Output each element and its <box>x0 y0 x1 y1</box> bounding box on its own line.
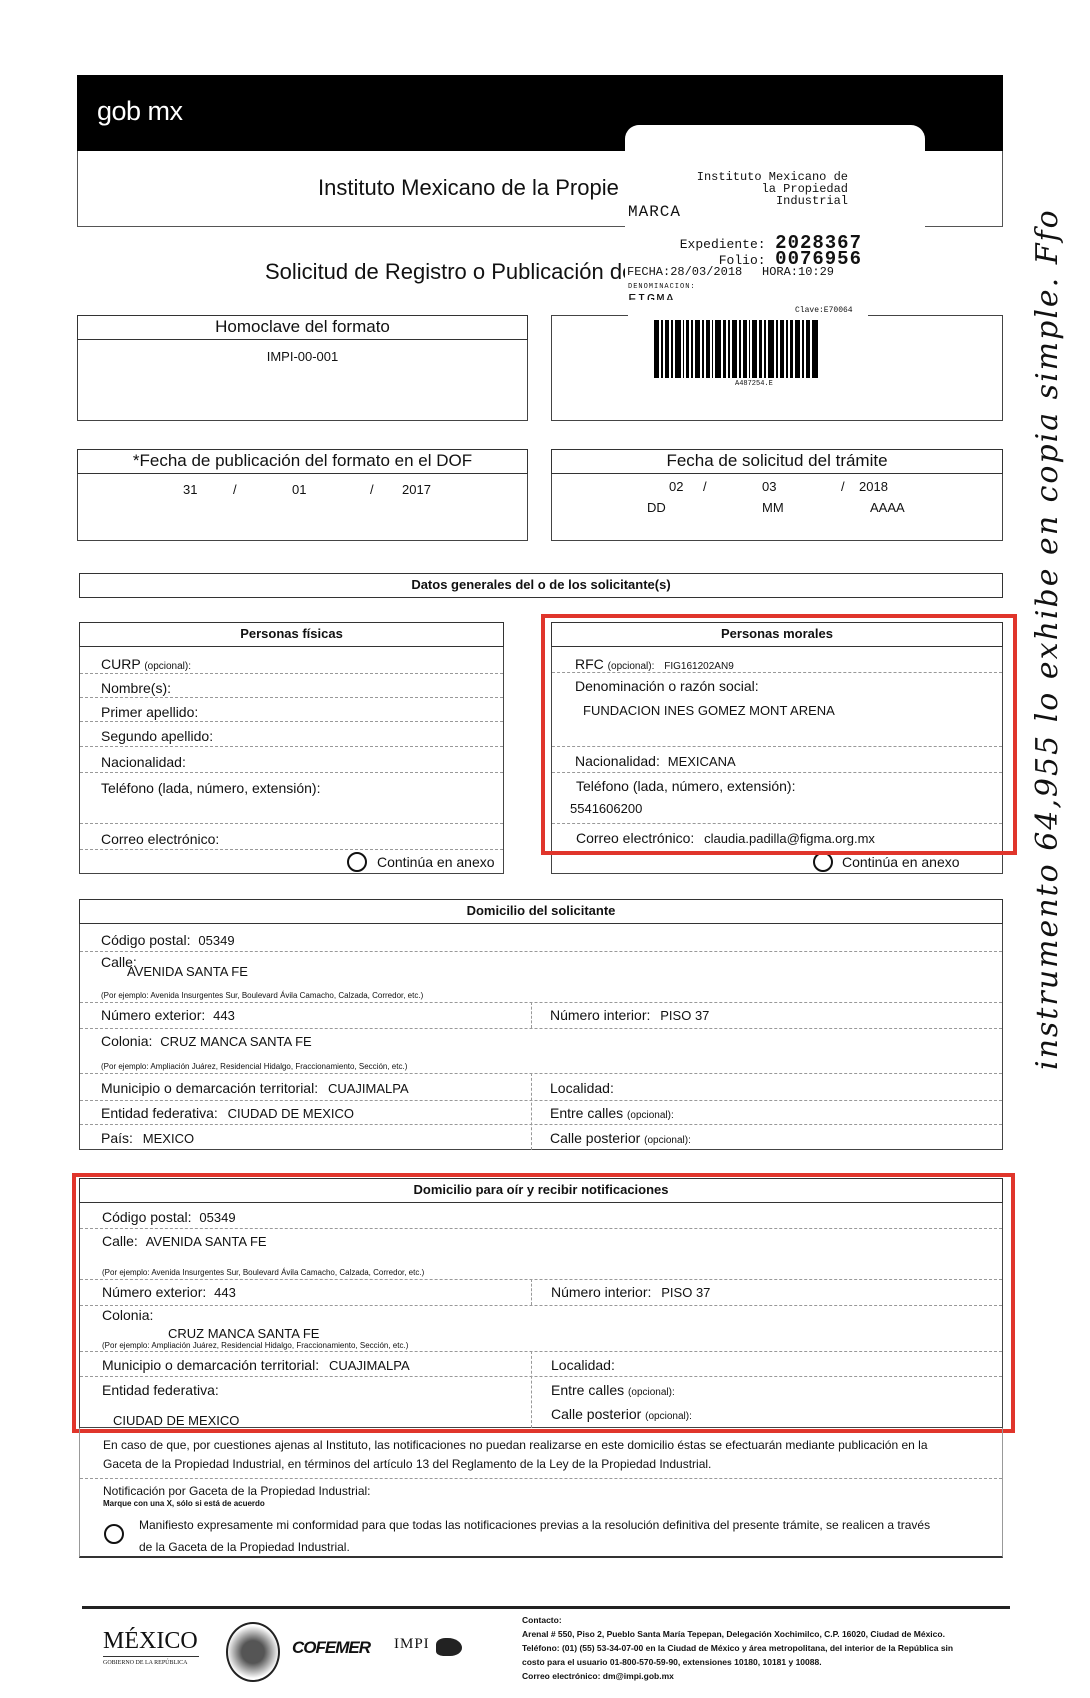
manifiesto-line2: de la Gaceta de la Propiedad Industrial. <box>139 1536 930 1558</box>
datos-generales-title: Datos generales del o de los solicitante… <box>79 573 1003 598</box>
highlight-personas-morales <box>541 614 1017 855</box>
manifiesto-line1: Manifiesto expresamente mi conformidad p… <box>139 1514 930 1536</box>
pais-field: País: MEXICO <box>101 1130 194 1146</box>
date-separator: / <box>841 479 845 494</box>
entidad-value: CIUDAD DE MEXICO <box>228 1106 354 1121</box>
handwritten-note: instrumento 64,955 lo exhibe en copia si… <box>1030 208 1065 1070</box>
stamp-type: MARCA <box>628 203 681 221</box>
solicitud-mm: 03 <box>762 479 776 494</box>
stamp-denominacion-label: DENOMINACION: <box>628 283 696 291</box>
national-seal-icon <box>226 1622 280 1682</box>
nacionalidad-label: Nacionalidad: <box>101 754 186 770</box>
gobierno-text: GOBIERNO DE LA REPÚBLICA <box>103 1660 188 1666</box>
homoclave-value: IMPI-00-001 <box>77 349 528 364</box>
anexo-radio[interactable] <box>813 852 833 872</box>
mm-label: MM <box>762 500 784 515</box>
dof-dd: 31 <box>183 482 197 497</box>
date-separator: / <box>233 482 237 497</box>
contact-address: Arenal # 550, Piso 2, Pueblo Santa María… <box>522 1627 953 1641</box>
gobmx-logo: gob mx <box>97 96 183 127</box>
dd-label: DD <box>647 500 666 515</box>
correo-label: Correo electrónico: <box>101 831 219 847</box>
aviso-line2: Gaceta de la Propiedad Industrial, en té… <box>103 1455 928 1474</box>
barcode <box>654 320 820 378</box>
colonia-field: Colonia: CRUZ MANCA SANTA FE <box>101 1033 312 1049</box>
opcional-text: (opcional): <box>144 661 191 672</box>
dof-aaaa: 2017 <box>402 482 431 497</box>
calle-posterior-label: Calle posterior <box>550 1130 640 1146</box>
fecha-dof-title: *Fecha de publicación del formato en el … <box>77 449 528 474</box>
cp-field: Código postal: 05349 <box>101 932 235 948</box>
stamp-hora: HORA:10:29 <box>762 265 834 279</box>
num-int-field: Número interior: PISO 37 <box>550 1007 709 1023</box>
primer-apellido-label: Primer apellido: <box>101 704 198 720</box>
divider <box>80 823 503 824</box>
calle-posterior-field: Calle posterior (opcional): <box>550 1130 691 1146</box>
institute-title: Instituto Mexicano de la Propie <box>318 175 619 201</box>
pais-label: País: <box>101 1130 133 1146</box>
solicitud-aaaa: 2018 <box>859 479 888 494</box>
contact-phone-tollfree: costo para el usuario 01-800-570-59-90, … <box>522 1655 953 1669</box>
divider <box>80 721 503 722</box>
num-ext-value: 443 <box>213 1008 235 1023</box>
divider <box>80 1100 1002 1101</box>
divider <box>80 951 1002 952</box>
gaceta-hint: Marque con una X, sólo si está de acuerd… <box>103 1499 265 1508</box>
num-int-value: PISO 37 <box>660 1008 709 1023</box>
telefono-label: Teléfono (lada, número, extensión): <box>101 780 320 796</box>
nombre-label: Nombre(s): <box>101 680 171 696</box>
divider <box>80 1124 1002 1125</box>
entidad-label: Entidad federativa: <box>101 1105 218 1121</box>
colonia-hint: (Por ejemplo: Ampliación Juárez, Residen… <box>101 1062 407 1071</box>
dof-mm: 01 <box>292 482 306 497</box>
opcional-text: (opcional): <box>644 1135 691 1146</box>
divider <box>531 1002 532 1028</box>
contact-email: Correo electrónico: dm@impi.gob.mx <box>522 1669 953 1683</box>
divider <box>80 673 503 674</box>
footer-divider <box>82 1606 1010 1609</box>
solicitud-dd: 02 <box>669 479 683 494</box>
anexo-label: Continúa en anexo <box>377 854 495 870</box>
pais-value: MEXICO <box>143 1131 194 1146</box>
curp-text: CURP <box>101 656 140 672</box>
divider <box>80 1002 1002 1003</box>
highlight-notificaciones <box>72 1173 1015 1433</box>
num-ext-field: Número exterior: 443 <box>101 1007 235 1023</box>
municipio-field: Municipio o demarcación territorial: CUA… <box>101 1080 409 1096</box>
curp-label: CURP (opcional): <box>101 656 191 672</box>
entre-calles-field: Entre calles (opcional): <box>550 1105 674 1121</box>
logo-underline <box>103 1656 199 1657</box>
manifiesto-text: Manifiesto expresamente mi conformidad p… <box>139 1514 930 1558</box>
segundo-apellido-label: Segundo apellido: <box>101 728 213 744</box>
calle-hint: (Por ejemplo: Avenida Insurgentes Sur, B… <box>101 991 423 1000</box>
opcional-text: (opcional): <box>627 1110 674 1121</box>
homoclave-title: Homoclave del formato <box>77 315 528 340</box>
aviso-text: En caso de que, por cuestiones ajenas al… <box>103 1436 928 1474</box>
divider <box>80 1028 1002 1029</box>
entidad-field: Entidad federativa: CIUDAD DE MEXICO <box>101 1105 354 1121</box>
impi-emblem-icon <box>436 1638 462 1656</box>
contact-block: Contacto: Arenal # 550, Piso 2, Pueblo S… <box>522 1613 953 1683</box>
cofemer-logo: COFEMER <box>292 1638 370 1658</box>
divider <box>531 1073 532 1150</box>
stamp-institute: Instituto Mexicano de la Propiedad Indus… <box>688 171 848 207</box>
calle-value: AVENIDA SANTA FE <box>127 964 248 979</box>
contact-title: Contacto: <box>522 1613 953 1627</box>
divider <box>80 849 503 850</box>
contact-phone: Teléfono: (01) (55) 53-34-07-00 en la Ci… <box>522 1641 953 1655</box>
anexo-label: Continúa en anexo <box>842 854 960 870</box>
cp-label: Código postal: <box>101 932 191 948</box>
anexo-radio[interactable] <box>347 852 367 872</box>
divider <box>80 1073 1002 1074</box>
num-ext-label: Número exterior: <box>101 1007 205 1023</box>
personas-fisicas-title: Personas físicas <box>79 622 504 647</box>
domicilio-title: Domicilio del solicitante <box>79 899 1003 924</box>
stamp-clave: Clave:E70064 <box>795 306 853 315</box>
form-title: Solicitud de Registro o Publicación de <box>265 259 634 285</box>
gaceta-consent-radio[interactable] <box>104 1524 124 1544</box>
divider <box>80 1478 1002 1479</box>
aaaa-label: AAAA <box>870 500 905 515</box>
stamp-institute-line2: la Propiedad Industrial <box>688 183 848 207</box>
cp-value: 05349 <box>198 933 234 948</box>
num-int-label: Número interior: <box>550 1007 650 1023</box>
localidad-label: Localidad: <box>550 1080 614 1096</box>
date-separator: / <box>370 482 374 497</box>
colonia-value: CRUZ MANCA SANTA FE <box>160 1034 311 1049</box>
gaceta-title: Notificación por Gaceta de la Propiedad … <box>103 1484 371 1498</box>
colonia-label: Colonia: <box>101 1033 152 1049</box>
barcode-text: A487254.E <box>735 380 773 388</box>
date-separator: / <box>703 479 707 494</box>
impi-logo: IMPI <box>394 1636 430 1653</box>
fecha-solicitud-title: Fecha de solicitud del trámite <box>551 449 1003 474</box>
municipio-label: Municipio o demarcación territorial: <box>101 1080 318 1096</box>
municipio-value: CUAJIMALPA <box>328 1081 409 1096</box>
entre-calles-label: Entre calles <box>550 1105 623 1121</box>
mexico-logo: MÉXICO <box>103 1628 198 1655</box>
aviso-line1: En caso de que, por cuestiones ajenas al… <box>103 1436 928 1455</box>
divider <box>80 746 503 747</box>
divider <box>80 772 503 773</box>
stamp-fecha: FECHA:28/03/2018 <box>627 265 742 279</box>
divider <box>80 697 503 698</box>
